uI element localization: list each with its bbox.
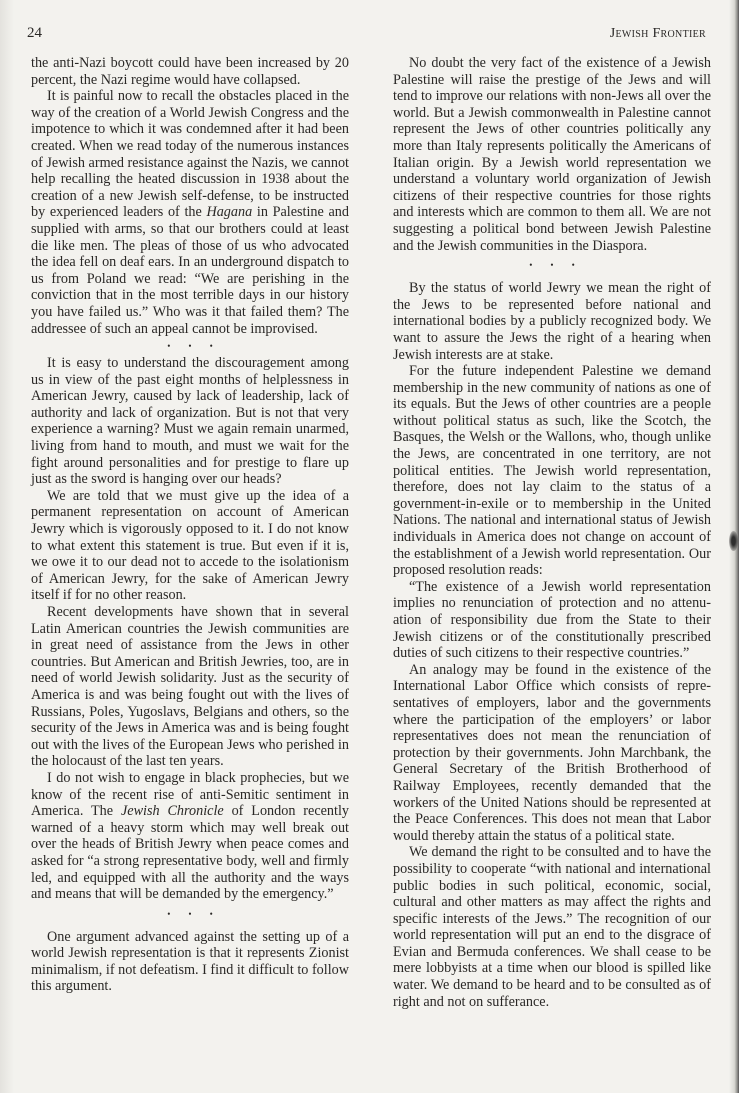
italic-title: Jewish Chronicle [121, 803, 224, 819]
paragraph: We are told that we must give up the ide… [31, 488, 349, 604]
paragraph: We demand the right to be consulted and … [393, 844, 711, 1010]
page-shadow [0, 0, 14, 1093]
paragraph-text: in Palestine and supplied with arms, so … [31, 204, 349, 336]
paragraph: For the future independent Palestine we … [393, 363, 711, 579]
paragraph: By the status of world Jewry we mean the… [393, 280, 711, 363]
paragraph: “The existence of a Jewish world represe… [393, 579, 711, 662]
section-separator: ••• [31, 903, 349, 929]
journal-title: Jewish Frontier [610, 26, 706, 42]
paragraph: It is easy to understand the discouragem… [31, 355, 349, 488]
paragraph: Recent developments have shown that in s… [31, 604, 349, 770]
left-column: the anti-Nazi boycott could have been in… [31, 55, 349, 1010]
right-column: No doubt the very fact of the existence … [393, 55, 711, 1010]
scan-mark [729, 531, 738, 551]
section-separator: ••• [393, 254, 711, 280]
paragraph: the anti-Nazi boycott could have been in… [31, 55, 349, 88]
italic-term: Hagana [206, 204, 252, 220]
paragraph: One argument advanced against the settin… [31, 929, 349, 995]
article-body: the anti-Nazi boycott could have been in… [31, 55, 711, 1010]
running-header: 24 Jewish Frontier [27, 25, 706, 45]
paragraph: I do not wish to engage in black prophec… [31, 770, 349, 903]
paragraph: It is painful now to recall the obstacle… [31, 88, 349, 337]
page-number: 24 [27, 25, 42, 42]
paragraph-text: It is painful now to recall the obstacle… [31, 88, 349, 220]
section-separator: ••• [31, 337, 349, 355]
paragraph: No doubt the very fact of the existence … [393, 55, 711, 254]
paragraph: An analogy may be found in the existence… [393, 662, 711, 845]
